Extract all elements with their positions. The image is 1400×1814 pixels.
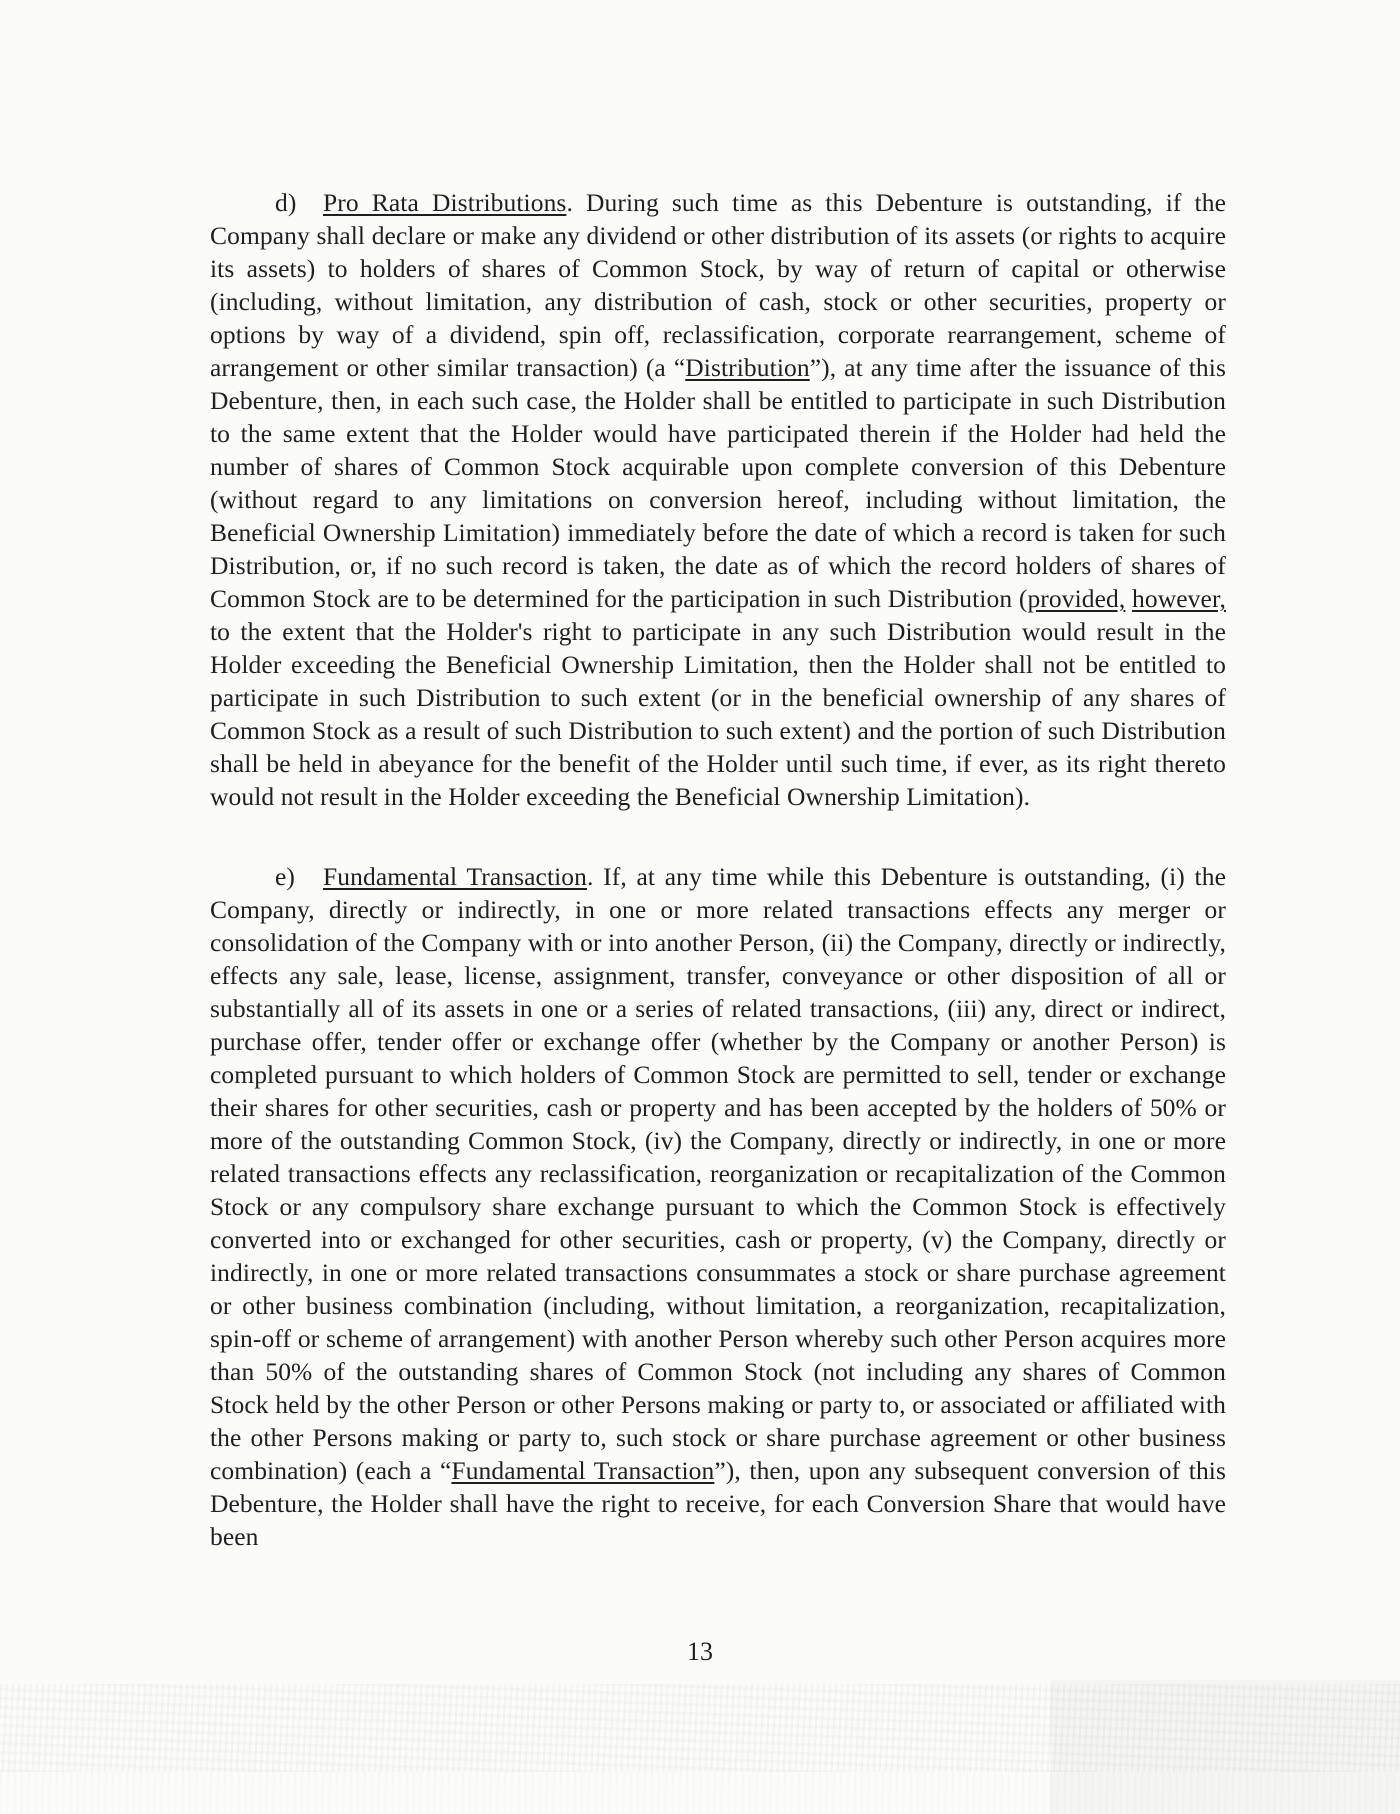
section-e-heading: Fundamental Transaction bbox=[323, 862, 587, 891]
document-body: d)Pro Rata Distributions. During such ti… bbox=[210, 186, 1226, 1553]
section-d-paragraph: d)Pro Rata Distributions. During such ti… bbox=[210, 186, 1226, 813]
section-e-term-fundamental-transaction: Fundamental Transaction bbox=[451, 1456, 714, 1485]
section-d-term-however: however, bbox=[1132, 584, 1226, 613]
section-d-term-provided: provided, bbox=[1027, 584, 1125, 613]
section-d-text-2: ”), at any time after the issuance of th… bbox=[210, 353, 1226, 613]
section-d-label: d) bbox=[275, 186, 323, 219]
section-d-heading: Pro Rata Distributions bbox=[323, 188, 566, 217]
section-e-text-1: . If, at any time while this Debenture i… bbox=[210, 862, 1226, 1485]
section-d-term-distribution: Distribution bbox=[685, 353, 809, 382]
section-e-label: e) bbox=[275, 860, 323, 893]
document-page: d)Pro Rata Distributions. During such ti… bbox=[0, 0, 1400, 1814]
page-number: 13 bbox=[0, 1637, 1400, 1667]
section-e-paragraph: e)Fundamental Transaction. If, at any ti… bbox=[210, 860, 1226, 1553]
section-d-text-3: to the extent that the Holder's right to… bbox=[210, 617, 1226, 811]
scan-noise-right-patch bbox=[1050, 1680, 1400, 1814]
